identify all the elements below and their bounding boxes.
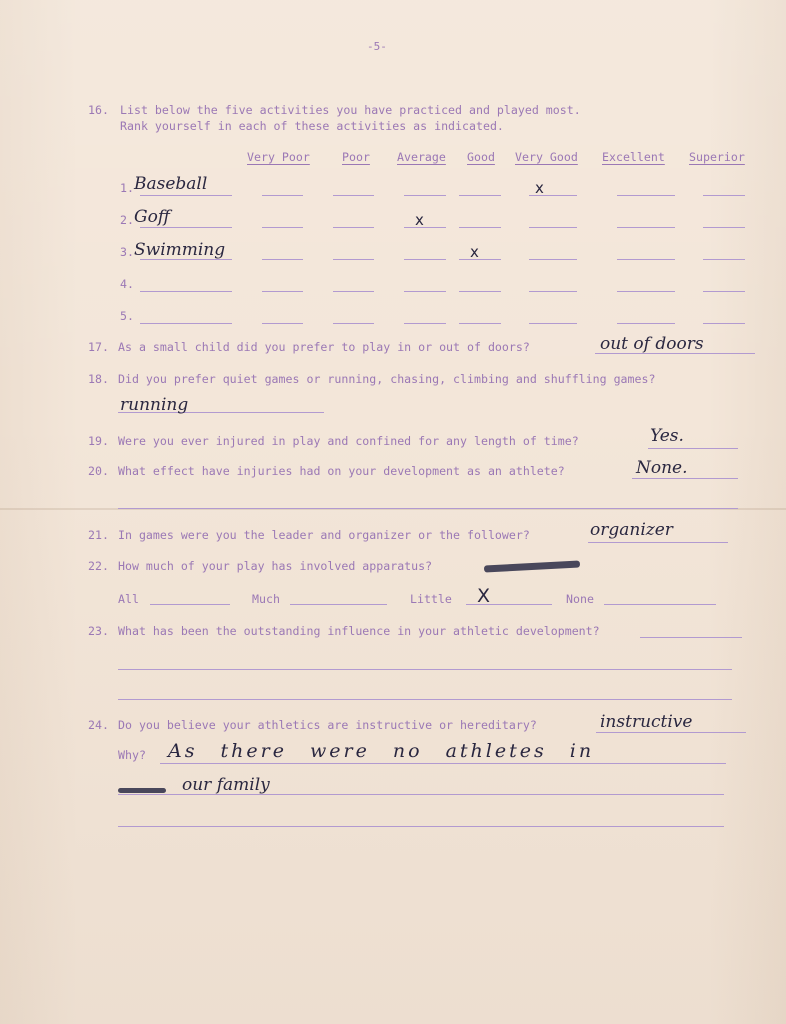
row-number: 2. bbox=[120, 213, 134, 227]
q19-text: Were you ever injured in play and confin… bbox=[118, 434, 579, 448]
column-good: Good bbox=[467, 150, 495, 164]
rating-line[interactable] bbox=[617, 290, 675, 292]
rating-line[interactable] bbox=[617, 194, 675, 196]
activity-1[interactable]: Baseball bbox=[134, 174, 207, 194]
activity-line[interactable] bbox=[140, 290, 232, 292]
row-number: 1. bbox=[120, 181, 134, 195]
rating-line[interactable] bbox=[262, 322, 303, 324]
q22-much-line[interactable] bbox=[290, 603, 387, 605]
rating-line[interactable] bbox=[529, 290, 577, 292]
column-superior: Superior bbox=[689, 150, 745, 164]
q18-text: Did you prefer quiet games or running, c… bbox=[118, 372, 655, 386]
rating-line[interactable] bbox=[617, 258, 675, 260]
activity-3[interactable]: Swimming bbox=[134, 240, 225, 260]
rating-mark-row3[interactable]: x bbox=[470, 243, 479, 261]
q16-text-line1: List below the five activities you have … bbox=[120, 103, 581, 117]
rating-line[interactable] bbox=[333, 258, 374, 260]
q22-option-little: Little bbox=[410, 592, 452, 606]
column-excellent: Excellent bbox=[602, 150, 665, 164]
q20-text: What effect have injuries had on your de… bbox=[118, 464, 565, 478]
q23-answer-line-1[interactable] bbox=[640, 636, 742, 638]
q24-crossed-out-word bbox=[118, 788, 166, 793]
rating-line[interactable] bbox=[404, 258, 446, 260]
rating-line[interactable] bbox=[262, 194, 303, 196]
q22-text: How much of your play has involved appar… bbox=[118, 559, 432, 573]
q24-why-label: Why? bbox=[118, 748, 146, 762]
column-very-poor: Very Poor bbox=[247, 150, 310, 164]
q24-why-line-3 bbox=[118, 825, 724, 827]
rating-line[interactable] bbox=[617, 226, 675, 228]
q23-number: 23. bbox=[88, 624, 109, 638]
row-number: 4. bbox=[120, 277, 134, 291]
column-poor: Poor bbox=[342, 150, 370, 164]
rating-line[interactable] bbox=[703, 258, 745, 260]
q20-extra-line bbox=[118, 507, 738, 509]
q24-why-answer-line1[interactable]: As there were no athletes in bbox=[168, 740, 594, 762]
q24-answer[interactable]: instructive bbox=[600, 712, 692, 732]
q22-option-much: Much bbox=[252, 592, 280, 606]
q22-option-none: None bbox=[566, 592, 594, 606]
rating-line[interactable] bbox=[459, 226, 501, 228]
row-number: 5. bbox=[120, 309, 134, 323]
rating-line[interactable] bbox=[404, 226, 446, 228]
page-number: -5- bbox=[367, 40, 387, 53]
column-very-good: Very Good bbox=[515, 150, 578, 164]
rating-line[interactable] bbox=[459, 322, 501, 324]
rating-line[interactable] bbox=[703, 194, 745, 196]
rating-mark-row1[interactable]: x bbox=[535, 179, 544, 197]
q18-answer[interactable]: running bbox=[120, 395, 188, 415]
rating-line[interactable] bbox=[333, 322, 374, 324]
rating-line[interactable] bbox=[404, 290, 446, 292]
rating-line[interactable] bbox=[262, 226, 303, 228]
rating-line[interactable] bbox=[617, 322, 675, 324]
q22-number: 22. bbox=[88, 559, 109, 573]
q18-number: 18. bbox=[88, 372, 109, 386]
q22-little-mark[interactable]: X bbox=[477, 585, 490, 607]
rating-line[interactable] bbox=[459, 290, 501, 292]
q22-crossed-out-answer bbox=[484, 560, 580, 572]
q19-answer-line bbox=[648, 447, 738, 449]
q19-answer[interactable]: Yes. bbox=[650, 426, 684, 446]
q16-number: 16. bbox=[88, 103, 109, 117]
q22-none-line[interactable] bbox=[604, 603, 716, 605]
q24-number: 24. bbox=[88, 718, 109, 732]
q21-answer-line bbox=[588, 541, 728, 543]
q21-number: 21. bbox=[88, 528, 109, 542]
activity-line[interactable] bbox=[140, 322, 232, 324]
q17-text: As a small child did you prefer to play … bbox=[118, 340, 530, 354]
rating-line[interactable] bbox=[703, 290, 745, 292]
rating-line[interactable] bbox=[333, 290, 374, 292]
q24-why-answer-line2[interactable]: our family bbox=[182, 775, 270, 795]
q17-answer[interactable]: out of doors bbox=[600, 334, 704, 354]
q20-number: 20. bbox=[88, 464, 109, 478]
q24-text: Do you believe your athletics are instru… bbox=[118, 718, 537, 732]
rating-line[interactable] bbox=[459, 258, 501, 260]
activity-line[interactable] bbox=[140, 194, 232, 196]
rating-line[interactable] bbox=[703, 226, 745, 228]
q22-all-line[interactable] bbox=[150, 603, 230, 605]
rating-line[interactable] bbox=[404, 194, 446, 196]
rating-line[interactable] bbox=[529, 226, 577, 228]
rating-line[interactable] bbox=[262, 290, 303, 292]
q16-text-line2: Rank yourself in each of these activitie… bbox=[120, 119, 504, 133]
q17-number: 17. bbox=[88, 340, 109, 354]
activity-2[interactable]: Goff bbox=[134, 207, 170, 227]
rating-line[interactable] bbox=[529, 322, 577, 324]
q23-answer-line-3[interactable] bbox=[118, 698, 732, 700]
q23-text: What has been the outstanding influence … bbox=[118, 624, 600, 638]
q19-number: 19. bbox=[88, 434, 109, 448]
q22-option-all: All bbox=[118, 592, 139, 606]
rating-line[interactable] bbox=[333, 194, 374, 196]
q24-why-line-1 bbox=[160, 762, 726, 764]
q21-text: In games were you the leader and organiz… bbox=[118, 528, 530, 542]
row-number: 3. bbox=[120, 245, 134, 259]
q21-answer[interactable]: organizer bbox=[590, 520, 673, 540]
rating-line[interactable] bbox=[529, 258, 577, 260]
rating-line[interactable] bbox=[459, 194, 501, 196]
q20-answer[interactable]: None. bbox=[636, 458, 688, 478]
column-average: Average bbox=[397, 150, 446, 164]
rating-line[interactable] bbox=[333, 226, 374, 228]
rating-line[interactable] bbox=[703, 322, 745, 324]
rating-mark-row2[interactable]: x bbox=[415, 211, 424, 229]
q23-answer-line-2[interactable] bbox=[118, 668, 732, 670]
rating-line[interactable] bbox=[262, 258, 303, 260]
rating-line[interactable] bbox=[404, 322, 446, 324]
